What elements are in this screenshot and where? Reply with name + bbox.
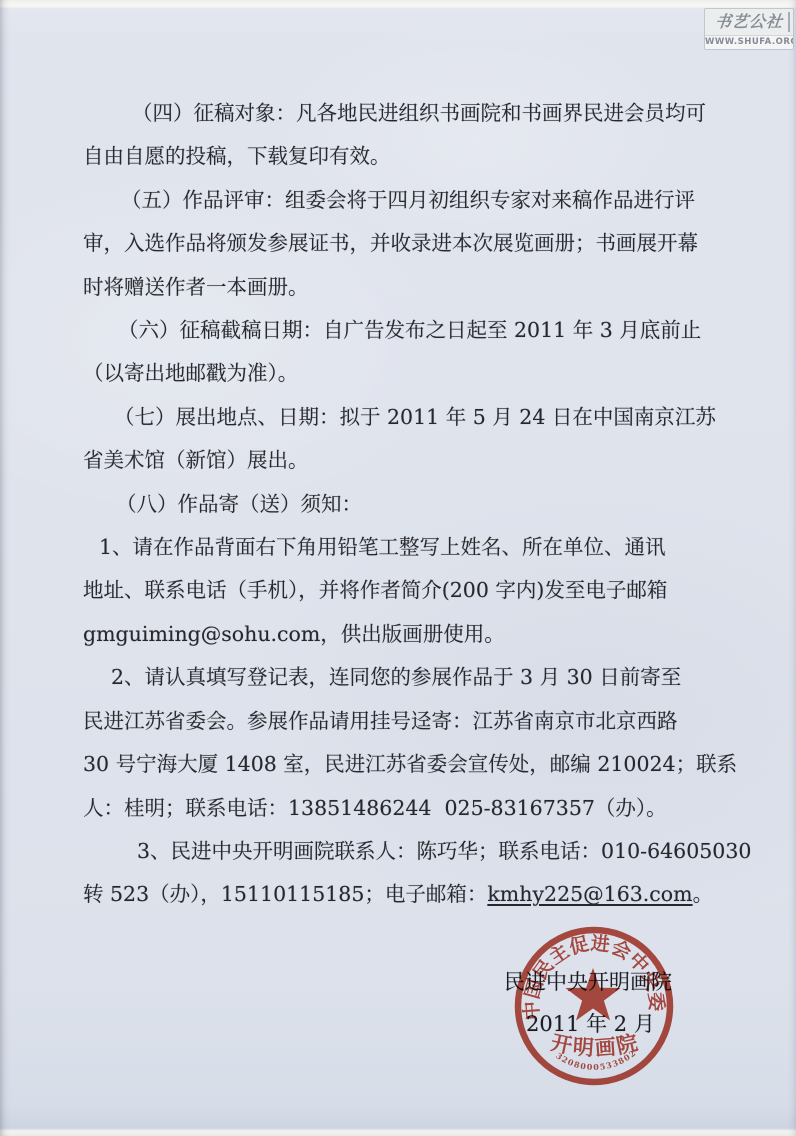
- watermark-logo: 书艺公社 WWW.SHUFA.ORG: [704, 8, 794, 50]
- watermark-url: WWW.SHUFA.ORG: [705, 35, 793, 49]
- text-line: 2、请认真填写登记表，连同您的参展作品于 3 月 30 日前寄至: [83, 656, 731, 699]
- seal-ring: [518, 930, 670, 1082]
- watermark-title: 书艺公社: [714, 14, 784, 30]
- email-text: kmhy225@163.com: [487, 882, 692, 906]
- text-line: （以寄出地邮戳为准）。: [83, 352, 731, 395]
- text-line: 人：桂明；联系电话：13851486244 025-83167357（办）。: [83, 787, 731, 830]
- text-line: （五）作品评审：组委会将于四月初组织专家对来稿作品进行评: [83, 179, 731, 222]
- text-line: （七）展出地点、日期：拟于 2011 年 5 月 24 日在中国南京江苏: [83, 396, 731, 439]
- svg-text:3208000533802: 3208000533802: [554, 1047, 638, 1072]
- text-line: 自由自愿的投稿，下载复印有效。: [83, 135, 731, 178]
- text-line: （八）作品寄（送）须知：: [83, 483, 731, 526]
- signature-org: 民进中央开明画院: [504, 972, 672, 993]
- document-body: （四）征稿对象：凡各地民进组织书画院和书画界民进会员均可自由自愿的投稿，下载复印…: [83, 92, 731, 917]
- seal-graphic: 中国民主促进会中央委员会 开明画院 3208000533802: [512, 924, 676, 1088]
- text-line: gmguiming@sohu.com，供出版画册使用。: [83, 613, 731, 656]
- text-line: 省美术馆（新馆）展出。: [83, 439, 731, 482]
- text-line: 30 号宁海大厦 1408 室，民进江苏省委会宣传处，邮编 210024；联系: [83, 743, 731, 786]
- text-line: 1、请在作品背面右下角用铅笔工整写上姓名、所在单位、通讯: [83, 526, 731, 569]
- text-line: 审，入选作品将颁发参展证书，并收录进本次展览画册；书画展开幕: [83, 222, 731, 265]
- text-line: 3、民进中央开明画院联系人：陈巧华；联系电话：010-64605030: [83, 830, 731, 873]
- watermark-side-mark: [788, 12, 790, 32]
- text-line: 地址、联系电话（手机），并将作者简介(200 字内)发至电子邮箱: [83, 569, 731, 612]
- seal-serial: 3208000533802: [554, 1047, 638, 1072]
- text-line: 民进江苏省委会。参展作品请用挂号迳寄：江苏省南京市北京西路: [83, 700, 731, 743]
- text-line: 转 523（办），15110115185；电子邮箱：kmhy225@163.co…: [83, 873, 731, 916]
- text-line: 时将赠送作者一本画册。: [83, 266, 731, 309]
- text-line: （六）征稿截稿日期：自广告发布之日起至 2011 年 3 月底前止: [83, 309, 731, 352]
- text-line: （四）征稿对象：凡各地民进组织书画院和书画界民进会员均可: [83, 92, 731, 135]
- scanned-notice-page: 书艺公社 WWW.SHUFA.ORG （四）征稿对象：凡各地民进组织书画院和书画…: [0, 0, 796, 1136]
- watermark-title-row: 书艺公社: [705, 9, 793, 35]
- signature-date: 2011 年 2 月: [526, 1014, 655, 1035]
- official-seal: 中国民主促进会中央委员会 开明画院 3208000533802: [512, 924, 676, 1088]
